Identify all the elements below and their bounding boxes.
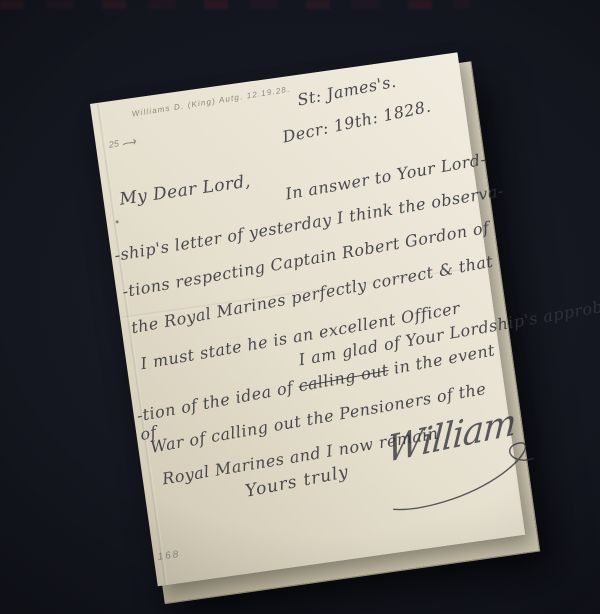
dealer-pencil-note: Williams D. (King) Autg. 12.19.28. <box>131 85 291 119</box>
letter-sheet: Williams D. (King) Autg. 12.19.28. 25 St… <box>90 52 525 586</box>
pencil-scribble-icon <box>121 136 142 149</box>
letter-photograph: Williams D. (King) Autg. 12.19.28. 25 St… <box>0 0 600 614</box>
letterhead-place: St: James's. <box>296 72 398 110</box>
jpeg-noise-strip <box>0 0 470 9</box>
pencil-corner-mark: 25 <box>108 138 119 149</box>
page-number-pencil: 168 <box>157 549 181 563</box>
